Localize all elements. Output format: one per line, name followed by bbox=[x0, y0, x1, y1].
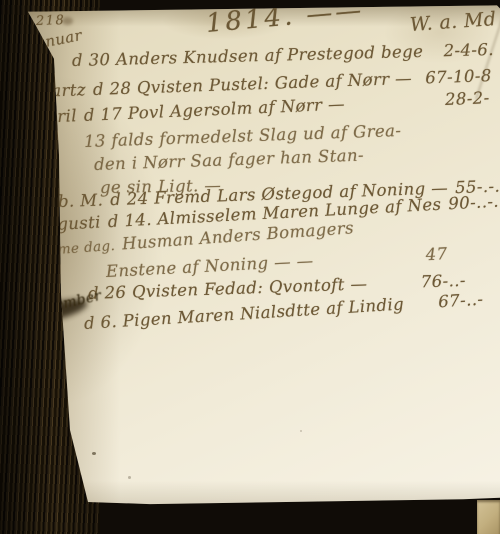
entry-amount: 28-2- bbox=[445, 88, 490, 109]
paper-speck bbox=[128, 476, 131, 479]
year-heading: 1814. —— bbox=[205, 0, 366, 39]
paper-speck bbox=[300, 430, 302, 432]
scanned-register-photo: 218 1814. —— W. a. Md Januar d 30 Anders… bbox=[0, 0, 500, 534]
entry-text: d 30 Anders Knudsen af Prestegod bege bbox=[72, 42, 424, 70]
entry-continuation: den i Nørr Saa fager han Stan- bbox=[94, 146, 365, 174]
entry-amount: 67-..- bbox=[438, 290, 484, 312]
entry-text: d 17 Povl Agersolm af Nørr — bbox=[83, 94, 345, 124]
entry-amount: 67-10-8 bbox=[425, 66, 492, 87]
entry-amount: 47 bbox=[425, 244, 448, 264]
entry-text: den i Nørr Saa fager han Stan- bbox=[94, 146, 365, 174]
entry-amount: 90-..-.. bbox=[448, 191, 500, 213]
entry-amount: 76-..- bbox=[420, 271, 466, 292]
paper-speck bbox=[92, 452, 96, 455]
entry-amount: 2-4-6. bbox=[443, 40, 494, 60]
entry-month: b. M. bbox=[58, 190, 104, 211]
ink-smudge bbox=[62, 17, 73, 25]
table-corner-patch bbox=[477, 500, 500, 534]
register-entry: d 30 Anders Knudsen af Prestegod bege 2-… bbox=[72, 40, 494, 70]
header-initials: W. a. Md bbox=[409, 8, 497, 36]
